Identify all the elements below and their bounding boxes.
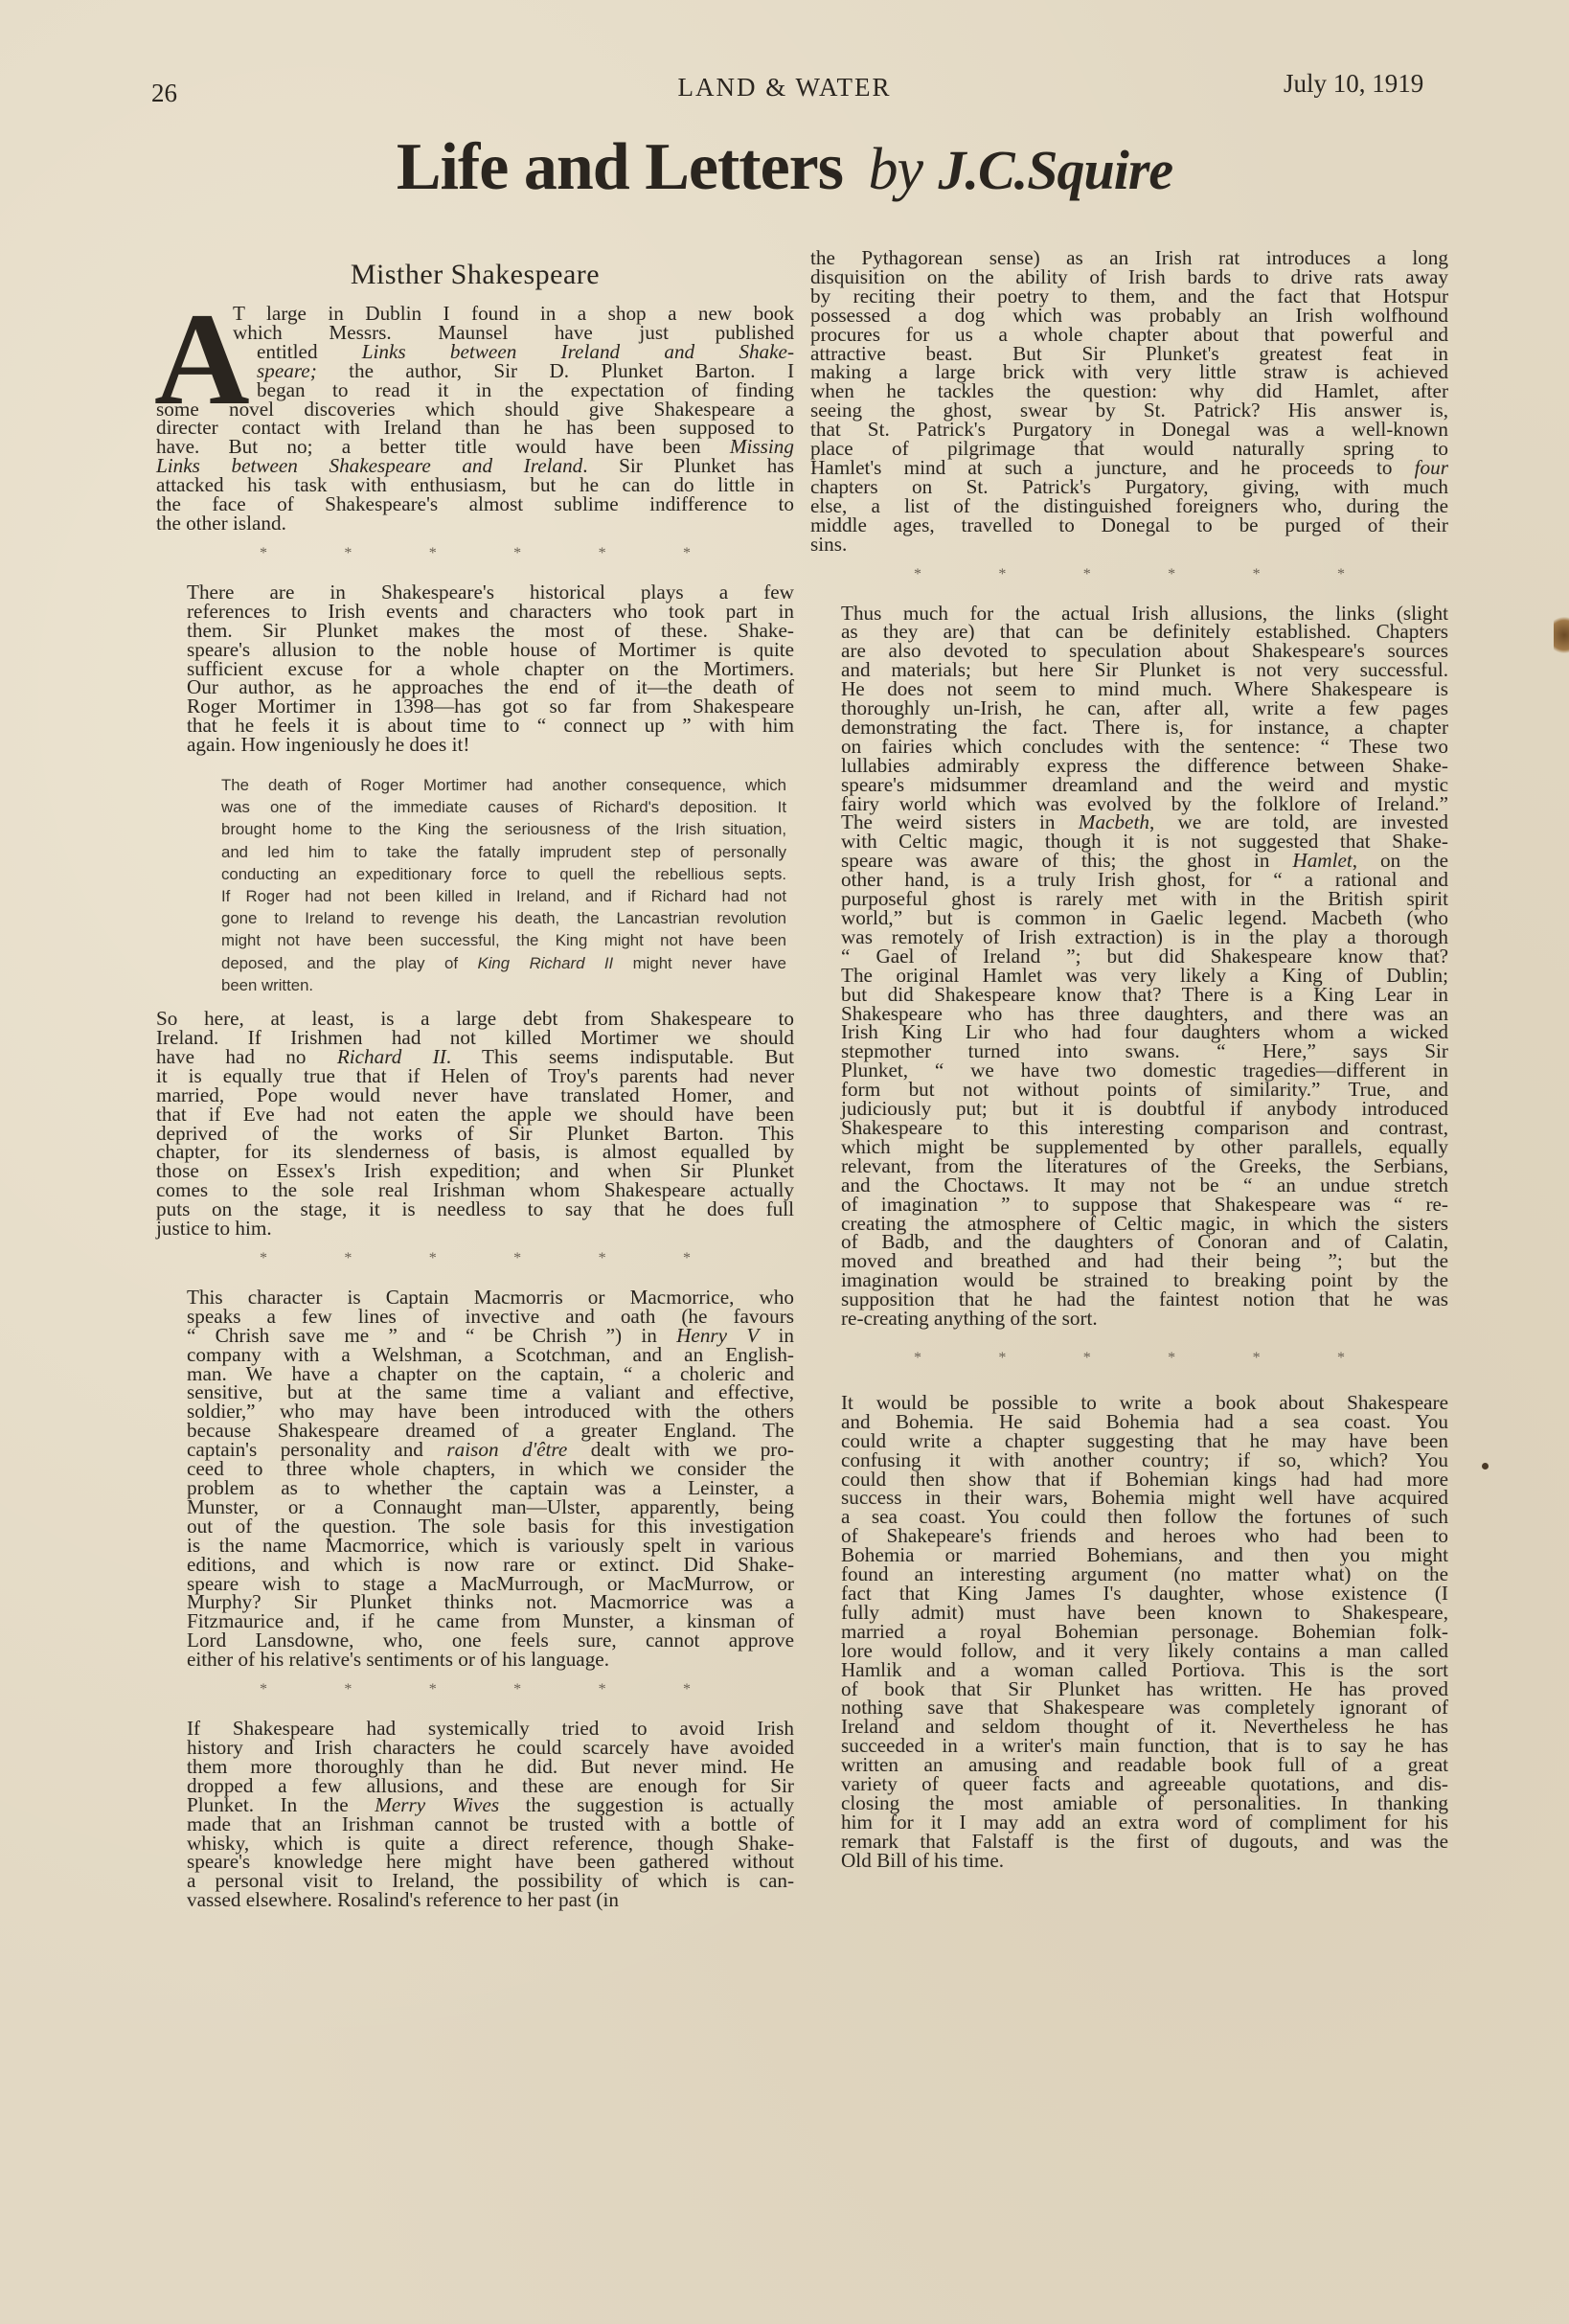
asterisk-ornament: * <box>1337 566 1345 583</box>
paragraph: the Pythagorean sense) as an Irish rat i… <box>810 249 1448 555</box>
drop-cap: A <box>154 307 250 412</box>
asterisk-ornament: * <box>1337 1350 1345 1367</box>
block-quote: The death of Roger Mortimer had another … <box>221 774 786 996</box>
asterisk-ornament: * <box>344 1250 352 1267</box>
asterisk-ornament: * <box>260 1250 267 1267</box>
asterisk-ornament: * <box>1083 1350 1091 1367</box>
paragraph: Thus much for the actual Irish allusions… <box>810 604 1448 1329</box>
asterisk-ornament: * <box>344 1681 352 1698</box>
asterisk-ornament: * <box>998 1350 1006 1367</box>
first-paragraph: A T large in Dublin I found in a shop a … <box>156 305 794 534</box>
paragraph: There are in Shakespeare's historical pl… <box>156 583 794 755</box>
left-column: Misther Shakespeare A T large in Dublin … <box>156 251 794 1910</box>
text-line: vassed elsewhere. Rosalind's reference t… <box>156 1891 794 1910</box>
title-by: by <box>868 137 922 202</box>
asterisk-ornament: * <box>513 1681 521 1698</box>
section-separator: ****** <box>260 1681 691 1698</box>
asterisk-ornament: * <box>260 545 267 562</box>
paragraph: If Shakespeare had systemically tried to… <box>156 1720 794 1910</box>
asterisk-ornament: * <box>429 1250 437 1267</box>
text-line: The death of Roger Mortimer had another … <box>221 774 786 796</box>
text-line: might not have been successful, the King… <box>221 929 786 951</box>
section-separator: ****** <box>260 1250 691 1267</box>
asterisk-ornament: * <box>513 1250 521 1267</box>
text-line: justice to him. <box>156 1219 794 1239</box>
asterisk-ornament: * <box>429 545 437 562</box>
asterisk-ornament: * <box>599 1681 606 1698</box>
asterisk-ornament: * <box>599 545 606 562</box>
right-column: the Pythagorean sense) as an Irish rat i… <box>810 249 1448 1871</box>
title-author: J.C.Squire <box>939 139 1173 201</box>
asterisk-ornament: * <box>683 1681 691 1698</box>
asterisk-ornament: * <box>683 1250 691 1267</box>
text-line: the other island. <box>156 514 794 534</box>
text-line: either of his relative's sentiments or o… <box>156 1651 794 1670</box>
text-line: conducting an expeditionary force to que… <box>221 863 786 885</box>
text-line: been written. <box>221 974 786 996</box>
asterisk-ornament: * <box>513 545 521 562</box>
issue-date: July 10, 1919 <box>1284 69 1423 99</box>
asterisk-ornament: * <box>429 1681 437 1698</box>
asterisk-ornament: * <box>260 1681 267 1698</box>
asterisk-ornament: * <box>914 1350 921 1367</box>
text-line: sins. <box>810 535 1448 555</box>
paragraph: It would be possible to write a book abo… <box>810 1394 1448 1871</box>
text-line: If Roger had not been killed in Ireland,… <box>221 885 786 907</box>
asterisk-ornament: * <box>998 566 1006 583</box>
text-line: and led him to take the fatally impruden… <box>221 841 786 863</box>
ink-spot <box>1482 1463 1489 1470</box>
paper-stain <box>1554 613 1569 657</box>
paragraph: So here, at least, is a large debt from … <box>156 1010 794 1239</box>
asterisk-ornament: * <box>1168 1350 1175 1367</box>
asterisk-ornament: * <box>1253 566 1261 583</box>
asterisk-ornament: * <box>914 566 921 583</box>
text-line: was one of the immediate causes of Richa… <box>221 796 786 818</box>
section-separator: ****** <box>914 566 1345 583</box>
asterisk-ornament: * <box>599 1250 606 1267</box>
section-title: Misther Shakespeare <box>156 259 794 291</box>
text-line: deposed, and the play of King Richard II… <box>221 952 786 974</box>
text-line: Old Bill of his time. <box>810 1852 1448 1871</box>
text-line: brought home to the King the seriousness… <box>221 818 786 840</box>
asterisk-ornament: * <box>344 545 352 562</box>
text-line: gone to Ireland to revenge his death, th… <box>221 907 786 929</box>
text-line: re-creating anything of the sort. <box>810 1310 1448 1329</box>
paragraph: T large in Dublin I found in a shop a ne… <box>156 305 794 534</box>
page-title: Life and Letters by J.C.Squire <box>0 134 1569 201</box>
asterisk-ornament: * <box>1253 1350 1261 1367</box>
asterisk-ornament: * <box>1083 566 1091 583</box>
title-main: Life and Letters <box>397 130 843 204</box>
section-separator: ****** <box>260 545 691 562</box>
asterisk-ornament: * <box>683 545 691 562</box>
text-line: middle ages, travelled to Donegal to be … <box>810 516 1448 535</box>
section-separator: ****** <box>914 1350 1345 1367</box>
asterisk-ornament: * <box>1168 566 1175 583</box>
text-line: again. How ingeniously he does it! <box>156 736 794 755</box>
paragraph: This character is Captain Macmorris or M… <box>156 1288 794 1670</box>
